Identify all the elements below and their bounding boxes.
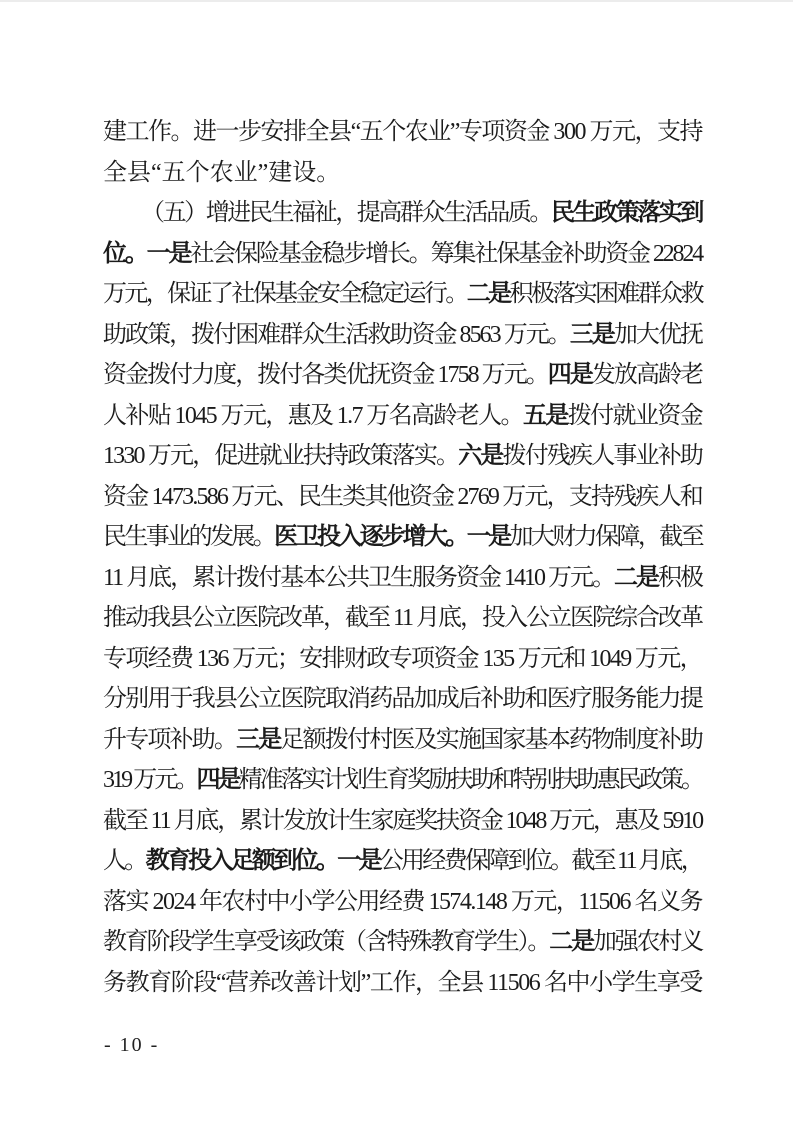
text-line: 万元，保证了社保基金安全稳定运行。二是积极落实困难群众救 xyxy=(103,274,702,315)
body-text: 拨付就业资金 xyxy=(568,403,702,429)
emphasis-text: 二是 xyxy=(614,564,658,591)
text-line-content: 全县“五个农业”建设。 xyxy=(103,160,340,186)
text-line: 1330 万元，促进就业扶持政策落实。六是拨付残疾人事业补助 xyxy=(103,436,702,477)
emphasis-text: 五是 xyxy=(523,402,568,429)
text-line-content: 务教育阶段“营养改善计划”工作，全县 11506 名中小学生享受 xyxy=(103,970,702,996)
text-line-content: 万元，保证了社保基金安全稳定运行。二是积极落实困难群众救 xyxy=(103,281,702,307)
text-line: 务教育阶段“营养改善计划”工作，全县 11506 名中小学生享受 xyxy=(103,963,702,1004)
text-line-content: 资金拨付力度，拨付各类优抚资金 1758 万元。四是发放高龄老 xyxy=(103,362,702,388)
text-line: 人补贴 1045 万元，惠及 1.7 万名高龄老人。五是拨付就业资金 xyxy=(103,396,702,437)
text-line-content: 位。一是社会保险基金稳步增长。筹集社保基金补助资金 22824 xyxy=(103,241,702,267)
text-line-content: 助政策，拨付困难群众生活救助资金 8563 万元。三是加大优抚 xyxy=(103,322,702,348)
text-line-content: 推动我县公立医院改革，截至 11 月底，投入公立医院综合改革 xyxy=(103,605,702,631)
text-line: 升专项补助。三是足额拨付村医及实施国家基本药物制度补助 xyxy=(103,720,702,761)
text-line-content: 11 月底，累计拨付基本公共卫生服务资金 1410 万元。二是积极 xyxy=(103,565,702,591)
text-line: 人。教育投入足额到位。一是公用经费保障到位。截至 11 月底， xyxy=(103,841,702,882)
body-text: 足额拨付村医及实施国家基本药物制度补助 xyxy=(281,727,703,753)
text-line: （五）增进民生福祉，提高群众生活品质。民生政策落实到 xyxy=(103,193,702,234)
text-line-content: （五）增进民生福祉，提高群众生活品质。民生政策落实到 xyxy=(141,200,702,226)
emphasis-text: 四是 xyxy=(196,766,238,793)
emphasis-text: 民生政策落实到 xyxy=(551,199,702,226)
scan-edge-artifact xyxy=(0,0,793,2)
body-text: 落实 2024 年农村中小学公用经费 1574.148 万元，11506 名义务 xyxy=(103,889,702,915)
text-line-content: 分别用于我县公立医院取消药品加成后补助和医疗服务能力提 xyxy=(103,686,702,712)
text-line-content: 升专项补助。三是足额拨付村医及实施国家基本药物制度补助 xyxy=(103,727,702,753)
emphasis-text: 四是 xyxy=(548,361,592,388)
body-text: 1330 万元，促进就业扶持政策落实。 xyxy=(103,443,458,469)
emphasis-text: 六是 xyxy=(458,442,502,469)
text-line-content: 教育阶段学生享受该政策（含特殊教育学生）。二是加强农村义 xyxy=(103,929,702,955)
body-text: 教育阶段学生享受该政策（含特殊教育学生）。 xyxy=(103,929,549,955)
emphasis-text: 医卫投入逐步增大。一是 xyxy=(274,523,509,550)
text-line: 资金 1473.586 万元、民生类其他资金 2769 万元，支持残疾人和 xyxy=(103,477,702,518)
text-line-content: 资金 1473.586 万元、民生类其他资金 2769 万元，支持残疾人和 xyxy=(103,484,702,510)
text-line: 资金拨付力度，拨付各类优抚资金 1758 万元。四是发放高龄老 xyxy=(103,355,702,396)
body-text: 资金 1473.586 万元、民生类其他资金 2769 万元，支持残疾人和 xyxy=(103,484,702,510)
body-text: 加强农村义 xyxy=(593,929,702,955)
body-text: 万元，保证了社保基金安全稳定运行。 xyxy=(103,281,467,307)
body-text: 务教育阶段“营养改善计划”工作，全县 11506 名中小学生享受 xyxy=(103,970,702,996)
text-line-content: 1330 万元，促进就业扶持政策落实。六是拨付残疾人事业补助 xyxy=(103,443,702,469)
body-text: 人补贴 1045 万元，惠及 1.7 万名高龄老人。 xyxy=(103,403,523,429)
text-line-content: 319 万元。四是精准落实计划生育奖励扶助和特别扶助惠民政策。 xyxy=(103,767,702,793)
body-text: 资金拨付力度，拨付各类优抚资金 1758 万元。 xyxy=(103,362,548,388)
body-text: 公用经费保障到位。截至 11 月底， xyxy=(380,848,702,874)
text-line: 民生事业的发展。医卫投入逐步增大。一是加大财力保障，截至 xyxy=(103,517,702,558)
emphasis-text: 二是 xyxy=(467,280,510,307)
body-text: 建工作。进一步安排全县“五个农业”专项资金 300 万元，支持 xyxy=(103,119,702,145)
text-line: 截至 11 月底，累计发放计生家庭奖扶资金 1048 万元，惠及 5910 xyxy=(103,801,702,842)
body-text: 截至 11 月底，累计发放计生家庭奖扶资金 1048 万元，惠及 5910 xyxy=(103,808,702,834)
body-text: 助政策，拨付困难群众生活救助资金 8563 万元。 xyxy=(103,322,570,348)
emphasis-text: 三是 xyxy=(236,726,280,753)
text-line-content: 人补贴 1045 万元，惠及 1.7 万名高龄老人。五是拨付就业资金 xyxy=(103,403,702,429)
text-line: 助政策，拨付困难群众生活救助资金 8563 万元。三是加大优抚 xyxy=(103,315,702,356)
text-line: 落实 2024 年农村中小学公用经费 1574.148 万元，11506 名义务 xyxy=(103,882,702,923)
body-text: 319 万元。 xyxy=(103,767,196,793)
body-text: 升专项补助。 xyxy=(103,727,236,753)
body-text: 社会保险基金稳步增长。筹集社保基金补助资金 22824 xyxy=(190,241,702,267)
body-text: 积极 xyxy=(658,565,702,591)
body-text: 分别用于我县公立医院取消药品加成后补助和医疗服务能力提 xyxy=(103,686,702,712)
document-body: 建工作。进一步安排全县“五个农业”专项资金 300 万元，支持全县“五个农业”建… xyxy=(103,112,702,1003)
body-text: 民生事业的发展。 xyxy=(103,524,274,550)
text-line: 位。一是社会保险基金稳步增长。筹集社保基金补助资金 22824 xyxy=(103,234,702,275)
body-text: 积极落实困难群众救 xyxy=(509,281,702,307)
text-line-content: 人。教育投入足额到位。一是公用经费保障到位。截至 11 月底， xyxy=(103,848,702,874)
body-text: 拨付残疾人事业补助 xyxy=(503,443,703,469)
emphasis-text: 二是 xyxy=(549,928,593,955)
text-line: 建工作。进一步安排全县“五个农业”专项资金 300 万元，支持 xyxy=(103,112,702,153)
emphasis-text: 三是 xyxy=(570,321,614,348)
text-line-content: 截至 11 月底，累计发放计生家庭奖扶资金 1048 万元，惠及 5910 xyxy=(103,808,702,834)
text-line-content: 建工作。进一步安排全县“五个农业”专项资金 300 万元，支持 xyxy=(103,119,702,145)
body-text: 加大财力保障，截至 xyxy=(509,524,702,550)
text-line-content: 专项经费 136 万元；安排财政专项资金 135 万元和 1049 万元， xyxy=(103,646,702,672)
body-text: 发放高龄老 xyxy=(592,362,702,388)
emphasis-text: 教育投入足额到位。一是 xyxy=(146,847,380,874)
body-text: 推动我县公立医院改革，截至 11 月底，投入公立医院综合改革 xyxy=(103,605,702,631)
text-line-content: 落实 2024 年农村中小学公用经费 1574.148 万元，11506 名义务 xyxy=(103,889,702,915)
emphasis-text: 位。一是 xyxy=(103,240,190,267)
document-page: 建工作。进一步安排全县“五个农业”专项资金 300 万元，支持全县“五个农业”建… xyxy=(0,0,793,1122)
body-text: 加大优抚 xyxy=(614,322,702,348)
text-line: 分别用于我县公立医院取消药品加成后补助和医疗服务能力提 xyxy=(103,679,702,720)
text-line: 319 万元。四是精准落实计划生育奖励扶助和特别扶助惠民政策。 xyxy=(103,760,702,801)
body-text: 人。 xyxy=(103,848,146,874)
text-line: 专项经费 136 万元；安排财政专项资金 135 万元和 1049 万元， xyxy=(103,639,702,680)
text-line: 教育阶段学生享受该政策（含特殊教育学生）。二是加强农村义 xyxy=(103,922,702,963)
body-text: 全县“五个农业”建设。 xyxy=(103,160,340,186)
text-line: 11 月底，累计拨付基本公共卫生服务资金 1410 万元。二是积极 xyxy=(103,558,702,599)
body-text: 专项经费 136 万元；安排财政专项资金 135 万元和 1049 万元， xyxy=(103,646,702,672)
body-text: 11 月底，累计拨付基本公共卫生服务资金 1410 万元。 xyxy=(103,565,614,591)
text-line-content: 民生事业的发展。医卫投入逐步增大。一是加大财力保障，截至 xyxy=(103,524,702,550)
page-number: - 10 - xyxy=(104,1034,159,1057)
body-text: 精准落实计划生育奖励扶助和特别扶助惠民政策。 xyxy=(239,767,702,793)
body-text: （五）增进民生福祉，提高群众生活品质。 xyxy=(141,200,551,226)
text-line: 全县“五个农业”建设。 xyxy=(103,153,702,194)
text-line: 推动我县公立医院改革，截至 11 月底，投入公立医院综合改革 xyxy=(103,598,702,639)
